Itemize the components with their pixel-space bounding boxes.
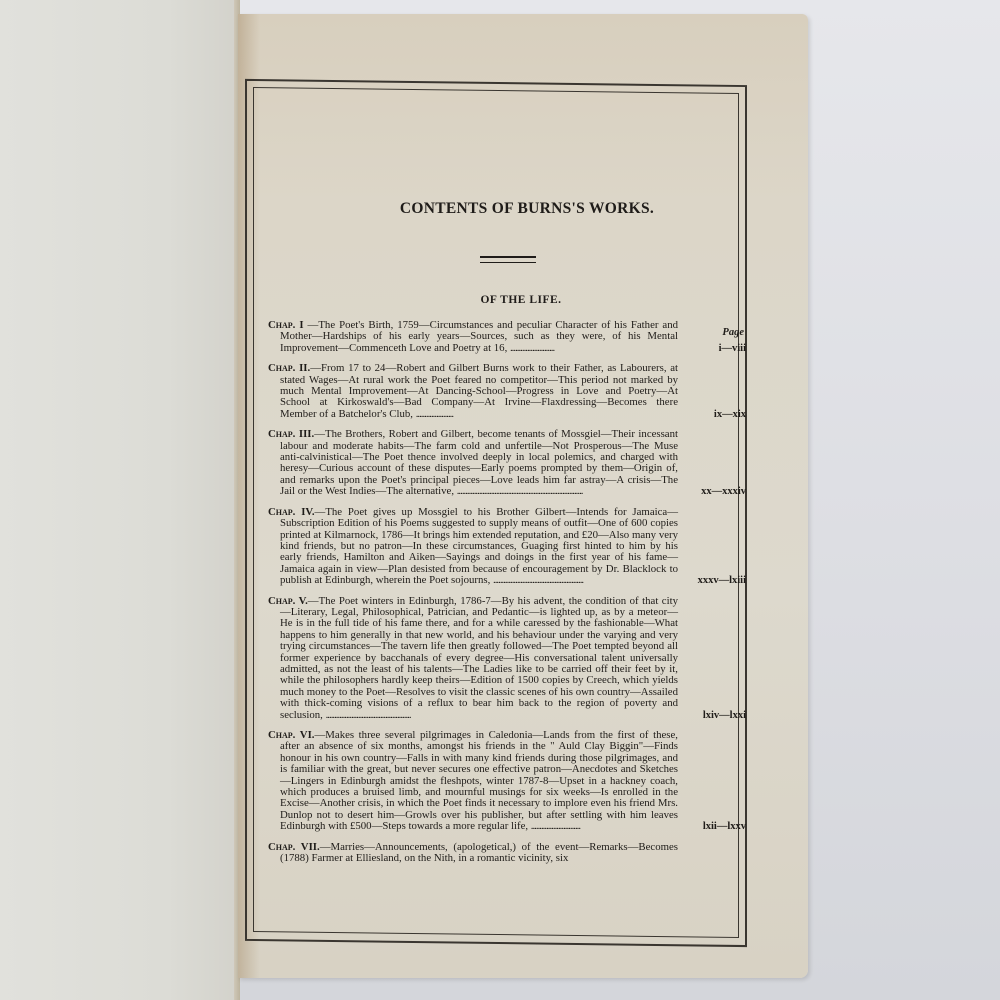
- chapter-entry-4: Chap. IV.—The Poet gives up Mossgiel to …: [268, 507, 678, 587]
- title-rule-divider: [480, 256, 536, 263]
- chapter-entry-1: Chap. I —The Poet's Birth, 1759—Circumst…: [268, 320, 678, 354]
- chapter-label: Chap. II.: [268, 362, 310, 374]
- chapter-label: Chap. IV.: [268, 506, 315, 518]
- left-facing-page: [0, 0, 239, 1000]
- page-column-label: Page: [722, 327, 744, 338]
- dot-leader: ........................................…: [457, 485, 583, 497]
- contents-block: CONTENTS OF BURNS'S WORKS. OF THE LIFE. …: [268, 200, 738, 873]
- chapter-entry-3: Chap. III.—The Brothers, Robert and Gilb…: [268, 429, 678, 497]
- dot-leader: ........................................…: [493, 574, 583, 586]
- page-range: lxii—lxxv: [703, 821, 746, 832]
- section-heading: OF THE LIFE.: [268, 294, 738, 306]
- page-range: lxiv—lxxi: [703, 710, 746, 721]
- chapter-label: Chap. VI.: [268, 729, 315, 741]
- dot-leader: ..........................: [510, 342, 554, 354]
- chapter-label: Chap. I: [268, 319, 304, 331]
- chapter-entry-7: Chap. VII.—Marries—Announcements, (apolo…: [268, 842, 678, 865]
- chapter-summary: —Makes three several pilgrimages in Cale…: [280, 729, 678, 832]
- chapter-list: Chap. I —The Poet's Birth, 1759—Circumst…: [268, 320, 738, 864]
- chapter-summary: —The Poet gives up Mossgiel to his Broth…: [280, 506, 678, 586]
- page-title: CONTENTS OF BURNS'S WORKS.: [276, 200, 738, 218]
- chapter-entry-2: Chap. II.—From 17 to 24—Robert and Gilbe…: [268, 363, 678, 420]
- chapter-label: Chap. VII.: [268, 841, 320, 853]
- dot-leader: ........................................…: [326, 709, 411, 721]
- chapter-summary: —The Poet's Birth, 1759—Circumstances an…: [280, 319, 678, 354]
- page-range: i—viii: [719, 343, 746, 354]
- chapter-entry-6: Chap. VI.—Makes three several pilgrimage…: [268, 730, 678, 833]
- chapter-label: Chap. V.: [268, 595, 308, 607]
- dot-leader: .............................: [531, 820, 580, 832]
- chapter-label: Chap. III.: [268, 428, 314, 440]
- page-range: ix—xix: [714, 409, 746, 420]
- chapter-summary: —The Poet winters in Edinburgh, 1786-7—B…: [280, 595, 678, 721]
- chapter-summary: —Marries—Announcements, (apologetical,) …: [280, 841, 678, 864]
- dot-leader: ......................: [416, 408, 453, 420]
- chapter-summary: —From 17 to 24—Robert and Gilbert Burns …: [280, 362, 678, 420]
- page-range: xx—xxxiv: [701, 486, 746, 497]
- page-range: xxxv—lxiii: [698, 575, 746, 586]
- chapter-entry-5: Chap. V.—The Poet winters in Edinburgh, …: [268, 596, 678, 721]
